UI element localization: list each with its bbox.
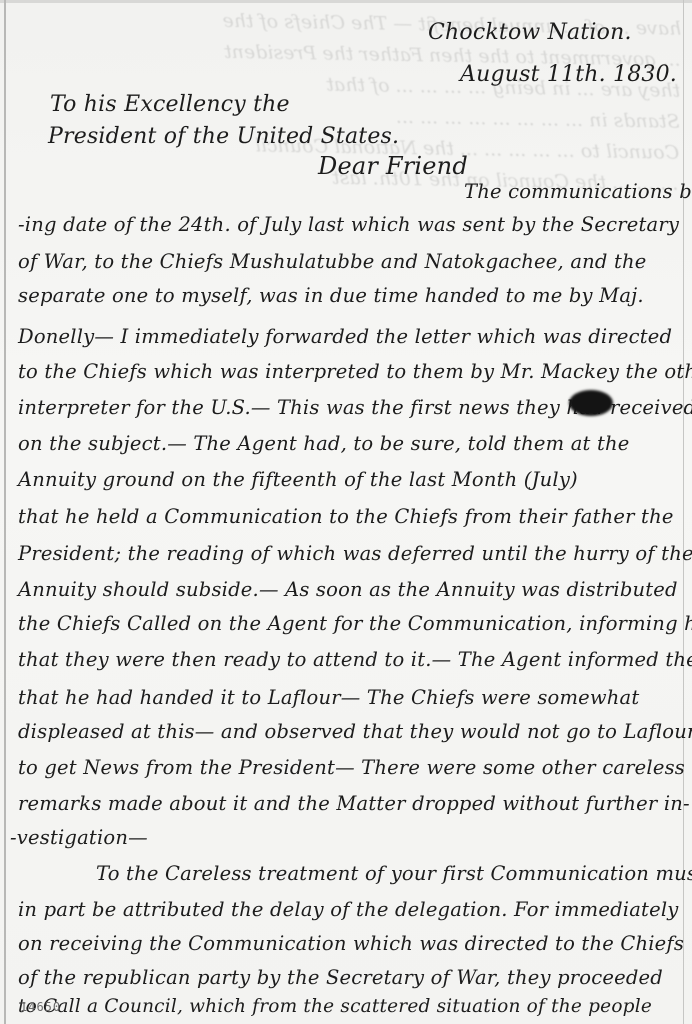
body-line: on receiving the Communication which was…	[18, 932, 684, 955]
body-line: -vestigation—	[10, 826, 148, 849]
body-line: Annuity should subside.— As soon as the …	[18, 578, 678, 601]
ink-blot	[569, 390, 613, 416]
body-line: of the republican party by the Secretary…	[18, 966, 663, 989]
body-line: of War, to the Chiefs Mushulatubbe and N…	[18, 250, 647, 273]
page-left-edge	[4, 0, 6, 1024]
body-line: To the Careless treatment of your first …	[96, 862, 692, 885]
body-line: Donelly— I immediately forwarded the let…	[18, 325, 672, 348]
body-line: separate one to myself, was in due time …	[18, 284, 644, 307]
body-line: on the subject.— The Agent had, to be su…	[18, 432, 630, 455]
body-line: Annuity ground on the fifteenth of the l…	[18, 468, 578, 491]
body-line: to get News from the President— There we…	[18, 756, 685, 779]
body-line: displeased at this— and observed that th…	[18, 720, 692, 743]
body-line: in part be attributed the delay of the d…	[18, 898, 679, 921]
body-line: to Call a Council, which from the scatte…	[18, 996, 652, 1017]
page-top-edge	[0, 0, 692, 3]
letter-place: Chocktow Nation.	[428, 20, 632, 45]
body-line: the Chiefs Called on the Agent for the C…	[18, 612, 692, 635]
body-line: remarks made about it and the Matter dro…	[18, 792, 690, 815]
salutation: Dear Friend	[318, 152, 468, 180]
address-line-1: To his Excellency the	[50, 92, 290, 117]
address-line-2: President of the United States.	[48, 124, 399, 149]
manuscript-page: have ... of ... annual benefit — The Chi…	[0, 0, 692, 1024]
body-line: that he had handed it to Laflour— The Ch…	[18, 686, 639, 709]
body-line: -ing date of the 24th. of July last whic…	[18, 213, 679, 236]
body-line: The communications bear-	[464, 180, 692, 203]
body-line: that they were then ready to attend to i…	[18, 648, 692, 671]
body-line: President; the reading of which was defe…	[18, 542, 692, 565]
body-line: to the Chiefs which was interpreted to t…	[18, 360, 692, 383]
letter-date: August 11th. 1830.	[460, 62, 677, 87]
body-line: that he held a Communication to the Chie…	[18, 505, 674, 528]
archive-stamp-number: 14650	[20, 1000, 61, 1014]
